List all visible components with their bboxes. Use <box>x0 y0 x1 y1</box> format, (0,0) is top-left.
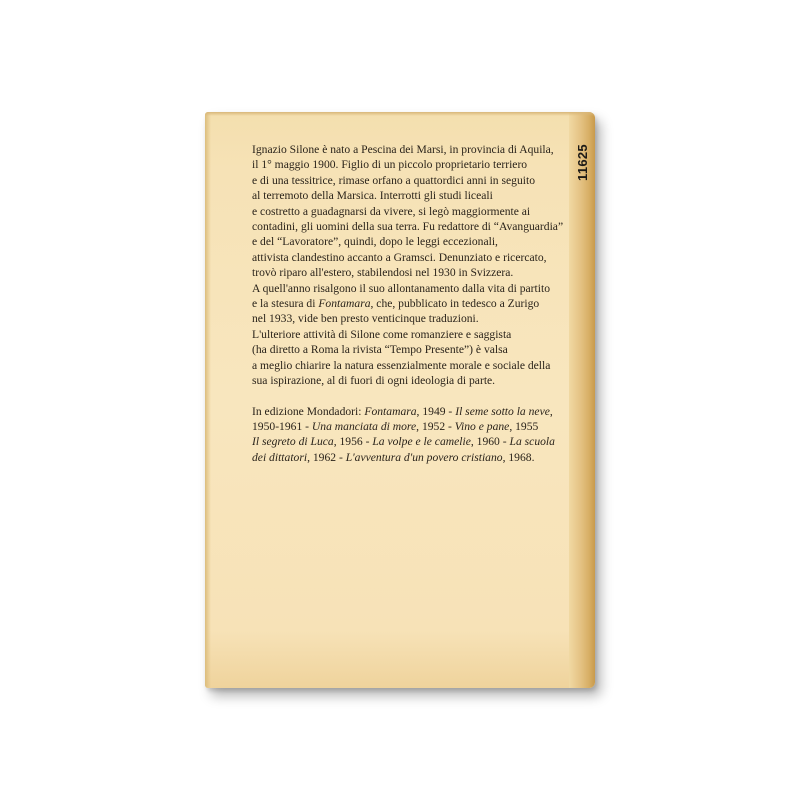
book-title: La volpe e le camelie <box>372 435 471 448</box>
text-line: contadini, gli uomini della sua terra. F… <box>252 219 582 234</box>
text-fragment: 1950-1961 - <box>252 420 312 433</box>
text-line: attivista clandestino accanto a Gramsci.… <box>252 250 582 265</box>
text-line: il 1° maggio 1900. Figlio di un piccolo … <box>252 157 582 172</box>
book-title: Fontamara <box>318 297 370 310</box>
text-fragment: , 1962 - <box>307 451 346 464</box>
paragraph-gap <box>252 389 582 404</box>
blurb-text: Ignazio Silone è nato a Pescina dei Mars… <box>252 142 582 465</box>
text-line: a meglio chiarire la natura essenzialmen… <box>252 358 582 373</box>
book-title: Vino e pane <box>455 420 510 433</box>
text-fragment: , che, pubblicato in tedesco a Zurigo <box>371 297 540 310</box>
book-title: Il seme sotto la neve <box>455 405 550 418</box>
text-line: nel 1933, vide ben presto venticinque tr… <box>252 311 582 326</box>
text-line: Il segreto di Luca, 1956 - La volpe e le… <box>252 434 582 449</box>
bibliography-intro: In edizione Mondadori: <box>252 405 364 418</box>
book-title: dei dittatori <box>252 451 307 464</box>
text-line: e la stesura di Fontamara, che, pubblica… <box>252 296 582 311</box>
text-line: L'ulteriore attività di Silone come roma… <box>252 327 582 342</box>
fontamara-paragraph: A quell'anno risalgono il suo allontanam… <box>252 281 582 327</box>
text-fragment: , 1955 <box>509 420 538 433</box>
text-fragment: , 1960 - <box>471 435 510 448</box>
book-back-cover: 11625 Ignazio Silone è nato a Pescina de… <box>205 112 595 688</box>
text-fragment: , 1956 - <box>334 435 373 448</box>
text-line: e del “Lavoratore”, quindi, dopo le legg… <box>252 234 582 249</box>
book-title: Il segreto di Luca <box>252 435 334 448</box>
text-fragment: , 1952 - <box>416 420 455 433</box>
book-title: La scuola <box>510 435 555 448</box>
text-line: 1950-1961 - Una manciata di more, 1952 -… <box>252 419 582 434</box>
bibliography-paragraph: In edizione Mondadori: Fontamara, 1949 -… <box>252 404 582 466</box>
text-line: e costretto a guadagnarsi da vivere, si … <box>252 204 582 219</box>
text-line: Ignazio Silone è nato a Pescina dei Mars… <box>252 142 582 157</box>
biography-paragraph: Ignazio Silone è nato a Pescina dei Mars… <box>252 142 582 281</box>
text-fragment: , 1968. <box>503 451 535 464</box>
text-line: trovò riparo all'estero, stabilendosi ne… <box>252 265 582 280</box>
text-line: al terremoto della Marsica. Interrotti g… <box>252 188 582 203</box>
text-fragment: e la stesura di <box>252 297 318 310</box>
text-fragment: , 1949 - <box>417 405 456 418</box>
text-line: e di una tessitrice, rimase orfano a qua… <box>252 173 582 188</box>
book-title: Fontamara <box>364 405 416 418</box>
text-line: dei dittatori, 1962 - L'avventura d'un p… <box>252 450 582 465</box>
book-title: L'avventura d'un povero cristiano <box>346 451 503 464</box>
text-fragment: , <box>550 405 553 418</box>
text-line: sua ispirazione, al di fuori di ogni ide… <box>252 373 582 388</box>
career-paragraph: L'ulteriore attività di Silone come roma… <box>252 327 582 389</box>
text-line: In edizione Mondadori: Fontamara, 1949 -… <box>252 404 582 419</box>
text-line: A quell'anno risalgono il suo allontanam… <box>252 281 582 296</box>
text-line: (ha diretto a Roma la rivista “Tempo Pre… <box>252 342 582 357</box>
book-title: Una manciata di more <box>312 420 416 433</box>
